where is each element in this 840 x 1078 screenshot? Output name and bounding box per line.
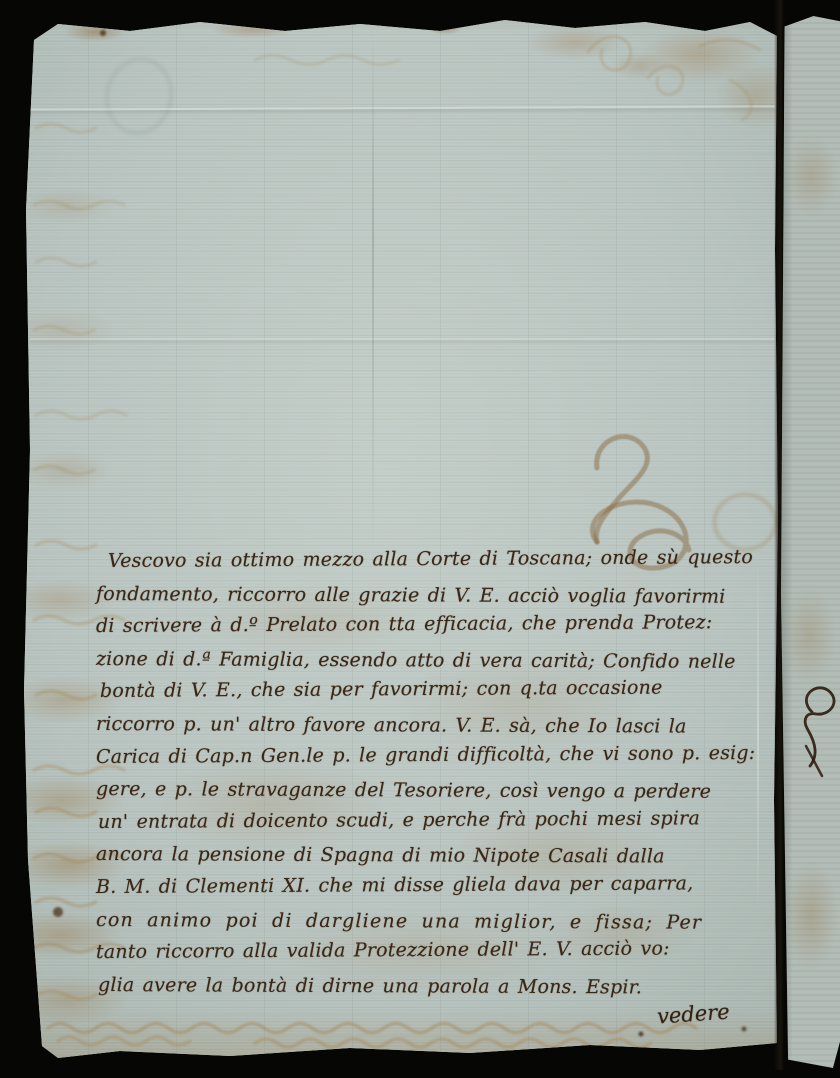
manuscript-line: tanto riccorro alla valida Protezzione d… — [96, 932, 786, 969]
letter-body: Vescovo sia ottimo mezzo alla Corte di T… — [96, 545, 786, 1001]
adjacent-page-ink-flourish — [781, 16, 840, 1068]
manuscript-line: di scrivere à d.º Prelato con tta effica… — [96, 606, 786, 643]
catchword: vedere — [656, 999, 730, 1028]
manuscript-line: Carica di Cap.n Gen.le p. le grandi diff… — [96, 736, 786, 773]
scanned-manuscript-page: Vescovo sia ottimo mezzo alla Corte di T… — [0, 0, 840, 1078]
adjacent-page-edge — [781, 16, 840, 1068]
manuscript-line: un' entrata di doicento scudi, e perche … — [98, 802, 786, 839]
manuscript-line: bontà di V. E., che sia per favorirmi; c… — [100, 671, 786, 708]
manuscript-line: glia avere la bontà di dirne una parola … — [98, 969, 786, 1005]
manuscript-leaf: Vescovo sia ottimo mezzo alla Corte di T… — [0, 0, 840, 1078]
manuscript-line: Vescovo sia ottimo mezzo alla Corte di T… — [108, 541, 786, 578]
manuscript-line: B. M. di Clementi XI. che mi disse gliel… — [96, 867, 786, 904]
